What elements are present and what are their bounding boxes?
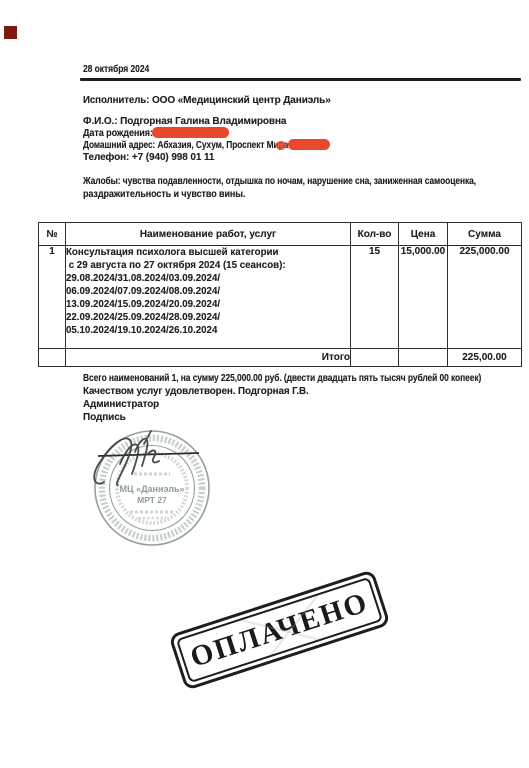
col-header-description: Наименование работ, услуг xyxy=(66,223,351,246)
executor-line: Исполнитель: xyxy=(83,95,151,106)
header-divider xyxy=(80,78,521,81)
col-header-amount: Сумма xyxy=(448,223,522,246)
redaction-address-small xyxy=(276,141,286,150)
summary-total-line: Всего наименований 1, на сумму 225,000.0… xyxy=(83,373,529,384)
complaints-line-2: раздражительность и чувство вины. xyxy=(83,189,263,200)
seal-center-line-2: МРТ 27 xyxy=(137,495,167,505)
patient-name-line: Ф.И.О.: Подгорная Галина Владимировна xyxy=(83,116,286,127)
total-empty-num xyxy=(39,349,66,367)
redaction-birth-date xyxy=(152,127,229,138)
round-seal: МЦ «Даниэль» МРТ 27 xyxy=(95,431,209,545)
col-header-price: Цена xyxy=(399,223,448,246)
row-price-cell: 15,000.00 xyxy=(399,246,448,349)
seal-and-signature-area: МЦ «Даниэль» МРТ 27 xyxy=(80,424,310,554)
administrator-label: Администратор xyxy=(83,399,160,410)
table-row: 1 Консультация психолога высшей категори… xyxy=(39,246,522,349)
complaints-line-1: Жалобы: чувства подавленности, отдышка п… xyxy=(83,176,529,187)
phone-line: Телефон: +7 (940) 998 01 11 xyxy=(83,152,214,163)
total-empty-qty xyxy=(351,349,399,367)
col-header-number: № xyxy=(39,223,66,246)
col-header-quantity: Кол-во xyxy=(351,223,399,246)
row-quantity-cell: 15 xyxy=(351,246,399,349)
row-amount-cell: 225,000.00 xyxy=(448,246,522,349)
total-empty-price xyxy=(399,349,448,367)
table-header-row: № Наименование работ, услуг Кол-во Цена … xyxy=(39,223,522,246)
seal-center-line-1: МЦ «Даниэль» xyxy=(120,484,185,494)
document-date: 28 октября 2024 xyxy=(83,64,164,75)
services-table: № Наименование работ, услуг Кол-во Цена … xyxy=(38,222,522,367)
quality-confirmation-line: Качеством услуг удовлетворен. Подгорная … xyxy=(83,386,313,397)
scan-artifact-mark xyxy=(4,26,17,39)
redaction-address xyxy=(288,139,330,150)
row-number-cell: 1 xyxy=(39,246,66,349)
birth-date-line: Дата рождения: xyxy=(83,128,160,139)
total-amount-cell: 225,00.00 xyxy=(448,349,522,367)
executor-label: Исполнитель: xyxy=(83,95,149,106)
total-label-cell: Итого xyxy=(66,349,351,367)
paid-stamp: ОПЛАЧЕНО xyxy=(168,569,390,691)
executor-value: ООО «Медицинский центр Даниэль» xyxy=(152,95,331,106)
row-description-cell: Консультация психолога высшей категории … xyxy=(66,246,351,349)
paid-stamp-inner-border: ОПЛАЧЕНО xyxy=(176,577,383,683)
scanned-invoice-page: 28 октября 2024 Исполнитель: ООО «Медици… xyxy=(0,0,529,768)
table-total-row: Итого 225,00.00 xyxy=(39,349,522,367)
signature-label: Подпись xyxy=(83,412,126,423)
